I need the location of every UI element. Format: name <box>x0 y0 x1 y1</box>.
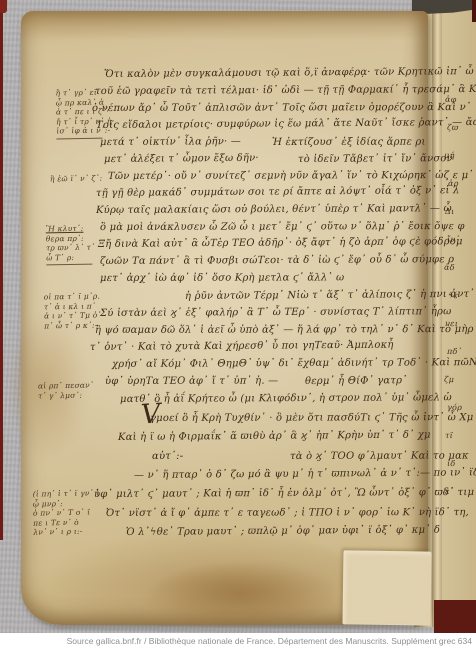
attribution-text: Source gallica.bnf.fr / Bibliothèque nat… <box>67 636 472 646</box>
manuscript-line: μετ᾽ ἀλέξει τ᾽ ὦμον ἔξω δῆν· <box>104 153 259 165</box>
manuscript-line: Σύ ἱστὰν ἀεὶ ϗ᾽ ἐξ᾽ φαλήρ᾽ ἃ Τ᾽ ὦ ΤΕρ᾽ ·… <box>100 306 452 319</box>
manuscript-page: ἢ τ᾽ γρ᾽ εϊᾧ πρ καλ᾽ ἀἀ τ᾽ πε ι ι ζ᾽·ἤ τ… <box>21 11 428 625</box>
margin-rule <box>46 264 92 266</box>
stain-top-band <box>21 11 428 41</box>
manuscript-line: Ὁ λ᾽ϟθε᾽ Τραυ μαυτ᾽ ; ϖπλῷ μ᾽ ὀφ᾽ μαν ὑφ… <box>126 525 440 538</box>
manuscript-line: θερμ᾽ ἦ ΘίΦ᾽ γατρ᾽ <box>305 375 407 387</box>
manuscript-line: ὃ μὰ μοὶ ἀνάκλυσεν ὧ Ζῶ ὦ ι μετ᾽ ἔμ᾽ ϛ᾽ … <box>100 221 465 233</box>
manuscript-line: μετ᾽ ἀρχ᾽ ἰὼ ἀφ᾽ ἰδ᾽ ὅσο Κρὴ μετλα ϛ᾽ ἄλ… <box>100 272 344 284</box>
stain-bottom-large <box>49 529 364 629</box>
scan-viewport: ἀφζϖμήἀρΔιἴν᾽ἀδϟενειπδ᾽ζμγόρτϊἰδε᾽ ἢ τ᾽ … <box>0 0 476 650</box>
margin-note-line: τ᾽ γ᾽ λμσ᾽: <box>38 390 94 400</box>
enlarged-initial-letter: V <box>140 400 161 428</box>
manuscript-line: Κύρῳ ταῖς μαλακίαις ὥσι οὐ βούλει, θέντ᾽… <box>96 203 452 216</box>
manuscript-line: Τοῖς εἴδαλοι μετρίοις· συμφύρων ἰς ἕω μά… <box>96 117 476 131</box>
adjacent-folio-mark: τϊ <box>445 431 453 440</box>
manuscript-line: ὑφ᾽ ὑρηΤα ΤΕΟ ἀφ᾽ ἴ τ᾽ ὐπ᾽ ἡ. — <box>105 376 278 387</box>
manuscript-line: μετά τ᾽ οἰκτίν᾽ ἶλα ῥῆν· — <box>100 136 241 148</box>
adjacent-folio-mark: ζμ <box>444 375 454 384</box>
margin-note-line: ἢ ἑῶ ϊ᾽ ν᾽ ζ᾽: <box>50 174 102 184</box>
manuscript-line: Ὅτι καλὸν μὲν συγκαλάμουσι τῷ καὶ ὅ,ϊ ἀν… <box>104 66 476 80</box>
margin-note-line: ὧ Τ᾽ ρ: <box>46 252 95 262</box>
manuscript-line: αὐτ᾽:- <box>152 451 183 462</box>
manuscript-line: ἢ ψό ϖαμαν δῶ ὅλ᾽ ἱ ἀεῖ ὦ ὑπὸ ἀξ᾽ — ἥ λά… <box>95 324 476 336</box>
manuscript-line: τοῦ ἑῶ γραφεῖν τὰ τετὶ τέλμαι· ἰδ᾽ ὡδὶ —… <box>95 84 476 97</box>
margin-note: οἱ πα τ᾽ ϊ μ᾽ρ.τ᾽ ἀ ι κλ ι π᾽ἀ ι ν᾽ τ᾽ Τ… <box>44 292 102 331</box>
manuscript-line: ὁ νέπων ἄρ᾽ ὦ Τοῦτ᾽ ἀπλισῶν ἀντ᾽ Τοῖς ὥσ… <box>92 102 471 114</box>
manuscript-line: ματθ᾽ ὃ ἦ ἀΐ Κρήτεο ὦ (μι Κλιφόδιν᾽, ἡ σ… <box>120 392 452 405</box>
margin-note-line: αἱ ρπ᾽ πεσαν᾽ <box>38 381 94 391</box>
margin-rule <box>56 137 102 139</box>
margin-note-line: ἀ ι ν᾽ τ᾽ Τμ ὀ᾽ <box>44 311 101 321</box>
margin-note: ἢ ἑῶ ϊ᾽ ν᾽ ζ᾽: <box>50 174 102 184</box>
book-cover-corner-top-left <box>0 0 7 13</box>
margin-note-line: (ἰ πη᾽ ἰ τ᾽ ϊ γν᾽ ἰ <box>33 488 100 499</box>
adjacent-folio-mark: πδ᾽ <box>447 347 462 356</box>
book-cover-edge-left <box>0 0 3 540</box>
book-cover-edge-top-right <box>472 0 476 22</box>
manuscript-line: τὰ ὸ ϗ᾽ ΤΟΟ φ᾽λμαυτ᾽ Καὶ το μακ <box>290 451 469 462</box>
margin-note-line: π᾽ ὦ τ᾽ ρ κ᾽:- <box>44 320 101 330</box>
stain-bottom-core <box>149 563 334 625</box>
manuscript-line: γμοεί ὃ ἦ Κρὴ Τυχθίν᾽ · ὃ μὲν ὅτι πασδύΤ… <box>150 412 473 424</box>
manuscript-line: Ὀτ᾽ νϊστ᾽ ἀ ἴ φ᾽ ἀμπε τ᾽ ε ταγεωδ᾽ ; ἱ Τ… <box>106 507 469 519</box>
book-cover-bottom-right <box>434 600 476 636</box>
repair-patch <box>342 550 431 625</box>
manuscript-line: Ξἤ δινὰ Καὶ αὐτ᾽ ἃ ὦΤἐρ ΤΕΟ ἀδῆρ᾽· ὀξ ἄφ… <box>98 236 463 250</box>
manuscript-line: χρήσ᾽ αἴ Κόμ᾽ Φιλ᾽ ΘημΘ᾽ ὑψ᾽ δι᾽ ἔχθαμ᾽ … <box>112 357 476 370</box>
margin-note: αἱ ρπ᾽ πεσαν᾽τ᾽ γ᾽ λμσ᾽: <box>38 381 94 401</box>
margin-note-line: τρ ϖν᾽ λ᾽ τ᾽ <box>46 243 95 253</box>
margin-note-line: ὁ πν᾽ ν᾽ Τ ο᾽ ϊ <box>33 507 100 518</box>
margin-note-line: λν᾽ ν᾽ ι ρ ι:- <box>33 526 100 537</box>
manuscript-line: ἡ ῥῦν ἀντῶν Τέρμ᾽ Νἰὼ τ᾽ ἅξ᾽ τ᾽ ἀλίποις … <box>185 289 474 302</box>
adjacent-folio-mark: γόρ <box>447 403 462 412</box>
margin-note: Ἢ κλυτ᾽:θερα πρ᾽:τρ ϖν᾽ λ᾽ τ᾽ὧ Τ᾽ ρ: <box>46 224 96 268</box>
margin-note-line: οἱ πα τ᾽ ϊ μ᾽ρ. <box>44 292 101 302</box>
manuscript-line: Ἡ ἐκτίζουσ᾽ ἑξ ἰδίας ἅρπε ρι <box>272 137 426 148</box>
manuscript-line: τὸ ἰδεῖν Τἄβετ᾽ ἰτ᾽ ἴν᾽ ἄνσον <box>298 153 453 165</box>
manuscript-line: τ᾽ ὀντ᾽ · Καὶ τὸ χυτὰ Καὶ χήρεσθ᾽ ὗ ποι … <box>90 340 394 353</box>
margin-note: (ἰ πη᾽ ἰ τ᾽ ϊ γν᾽ ἰᾧ μνρ᾽:ὁ πν᾽ ν᾽ Τ ο᾽ … <box>33 488 100 537</box>
manuscript-line: — ν᾽ ἥ πταρ᾽ ὁ δ᾽ ζω μό ἃ ψυ μ᾽ ἡ τ᾽ ϖπι… <box>134 467 476 481</box>
manuscript-line: τῇ γῇ θὲρ μακάδ᾽ συμμάτων σοι τε ρί ἄπτε… <box>96 185 460 199</box>
manuscript-line: ζωῶν Τα πάντ᾽ ἃ τὶ Φυσβι σώΤεοι· τὰ δ᾽ ἰ… <box>100 254 454 267</box>
attribution-bar: Source gallica.bnf.fr / Bibliothèque nat… <box>0 633 476 650</box>
manuscript-line: Καὶ ἡ ϊ ω ἡ Φιρμαΐκ᾽ ἅ ϖιθὺ ἀρ᾽ ἃ ϗ᾽ ἡπ᾽… <box>118 430 431 443</box>
manuscript-line: Τῶν μετέρ᾽· οὔ ν᾽ συνίτεζ᾽ σεμνὴ νῦν ἄγα… <box>108 170 476 182</box>
manuscript-line: ὑφ᾽ μιλτ᾽ ϛ᾽ μαυτ᾽ ; Καὶ ἠ ϖπ᾽ ἰδ᾽ ἧ ἐν … <box>94 487 476 500</box>
